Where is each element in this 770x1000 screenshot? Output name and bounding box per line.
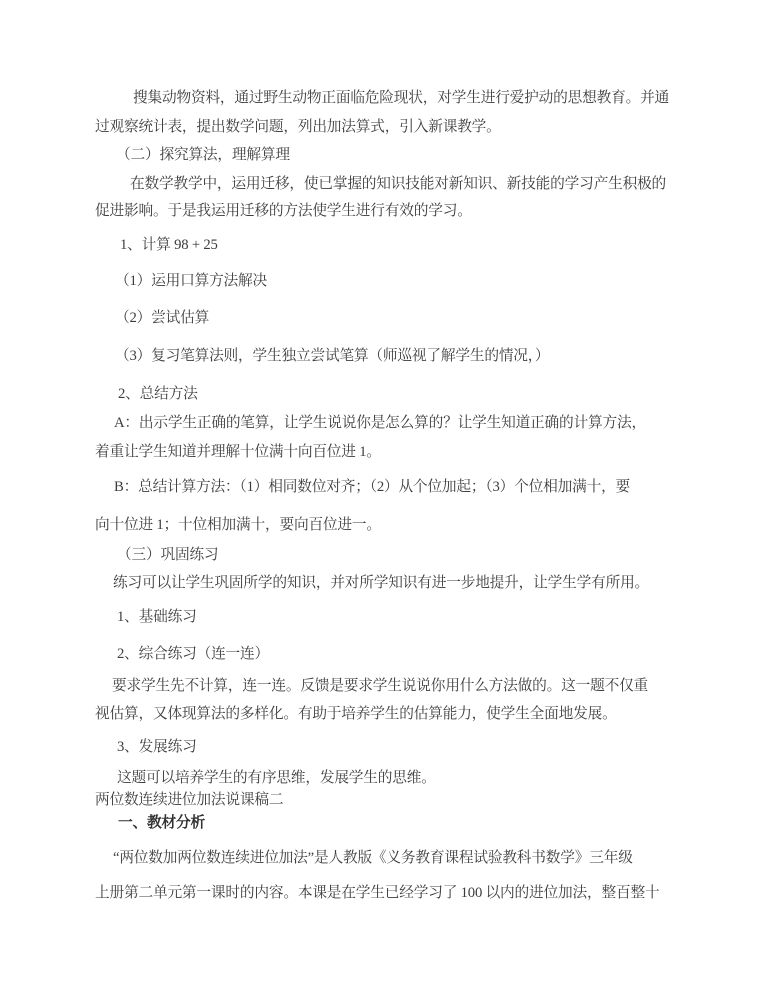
text-line: 3、发展练习 [117,737,197,757]
text-line: 上册第二单元第一课时的内容。本课是在学生已经学习了 100 以内的进位加法，整百… [95,883,659,903]
section-heading-line: 一、教材分析 [118,813,205,833]
document-page: 搜集动物资料，通过野生动物正面临危险现状，对学生进行爱护动的思想教育。并通过观察… [0,0,770,1000]
text-line: “两位数加两位数连续进位加法”是人教版《义务教育课程试验教科书数学》三年级 [113,848,633,868]
text-line: 1、基础练习 [117,607,197,627]
text-line: B：总结计算方法：（1）相同数位对齐；（2）从个位加起；（3）个位相加满十，要 [114,477,630,497]
text-line: （三）巩固练习 [117,545,218,565]
document-text-layer: 搜集动物资料，通过野生动物正面临危险现状，对学生进行爱护动的思想教育。并通过观察… [0,0,770,1000]
text-line: （二）探究算法，理解算理 [116,145,290,165]
text-line: 在数学教学中，运用迁移，使已掌握的知识技能对新知识、新技能的学习产生积极的 [130,174,666,194]
text-line: 练习可以让学生巩固所学的知识，并对所学知识有进一步地提升，让学生学有所用。 [113,573,649,593]
text-line: 1、计算 98 + 25 [120,235,218,255]
text-line: 促进影响。于是我运用迁移的方法使学生进行有效的学习。 [95,201,472,221]
text-line: （1）运用口算方法解决 [115,271,267,291]
text-line: 向十位进 1；十位相加满十，要向百位进一。 [95,515,381,535]
text-line: 过观察统计表，提出数学问题，列出加法算式，引入新课教学。 [95,117,501,137]
text-line: 要求学生先不计算，连一连。反馈是要求学生说说你用什么方法做的。这一题不仅重 [112,676,648,696]
text-line: 两位数连续进位加法说课稿二 [95,790,283,810]
text-line: 这题可以培养学生的有序思维，发展学生的思维。 [117,768,436,788]
text-line: A：出示学生正确的笔算，让学生说说你是怎么算的？让学生知道正确的计算方法， [114,413,646,433]
text-line: 2、综合练习（连一连） [117,644,269,664]
text-line: 搜集动物资料，通过野生动物正面临危险现状，对学生进行爱护动的思想教育。并通 [133,88,669,108]
text-line: 着重让学生知道并理解十位满十向百位进 1。 [95,442,381,462]
text-line: 2、总结方法 [118,384,198,404]
text-line: （2）尝试估算 [115,308,209,328]
text-line: 视估算，又体现算法的多样化。有助于培养学生的估算能力，使学生全面地发展。 [95,704,617,724]
text-line: （3）复习笔算法则，学生独立尝试笔算（师巡视了解学生的情况，） [115,346,549,366]
